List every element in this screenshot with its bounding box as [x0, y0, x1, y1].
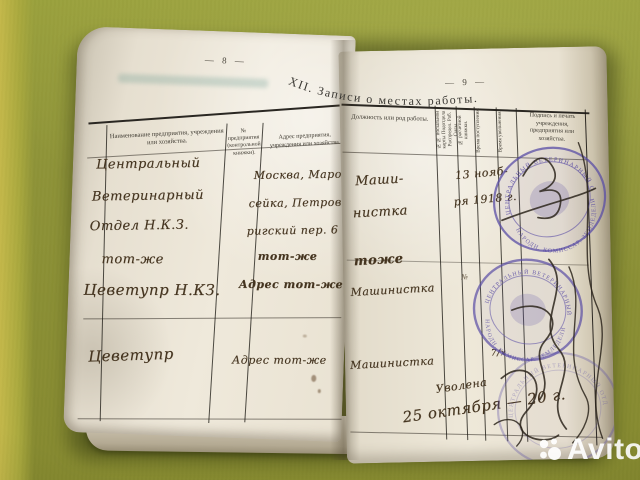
column-header-start-date: Время поступления. [476, 107, 496, 153]
handwritten-entry: Адрес тот-же [232, 354, 327, 367]
official-stamp: ЦЕНТРАЛЬНЫЙ ВЕТЕРИНАРНЫЙ ОТДЕЛ НАРОДН. К… [465, 251, 591, 373]
right-page-number: — 9 — [445, 77, 487, 88]
stamp-ring-text: ЦЕНТРАЛЬНЫЙ ВЕТЕРИНАРНЫЙ ОТДЕЛ [492, 142, 597, 220]
handwritten-entry: Цеветупр Н.КЗ. [83, 281, 220, 299]
avito-watermark: Avito [538, 433, 640, 467]
column-header-signature: Подпись и печать учреждения, предприятия… [520, 112, 585, 144]
handwritten-entry: Центральный [96, 156, 201, 173]
column-header-pay-book: № расчетной книжки. [458, 107, 475, 153]
handwritten-entry: Цеветупр [88, 345, 174, 366]
stamp-ring-text: НАРОДН. КОМИССАР. ЗЕМЛЕДЕЛИЯ [507, 181, 610, 267]
table-bottom-rule [78, 418, 342, 420]
ink-stain [318, 389, 321, 393]
left-page: — 8 — Наименование предприятия, учрежден… [63, 26, 356, 442]
handwritten-entry: Машинистка [350, 354, 435, 372]
handwritten-entry: нистка [352, 203, 408, 221]
column-header-end-date: Время увольнения. [498, 108, 516, 154]
column-header-position: Должность или род работы. [348, 113, 432, 124]
column-header-name: Наименование предприятия, учреждения или… [110, 127, 225, 149]
handwritten-entry: тот-же [101, 252, 163, 267]
handwritten-entry: Отдел Н.К.З. [90, 218, 189, 235]
column-divider [244, 123, 263, 423]
handwritten-entry: тот-же [258, 250, 318, 263]
watermark-text: Avito [567, 433, 640, 467]
avito-logo-icon [538, 437, 562, 463]
handwritten-mark: № [461, 273, 468, 281]
handwritten-entry: Машинистка [350, 281, 435, 299]
column-header-dispatch-card: №№ посыльной карты Подотдела Распредел. … [436, 106, 457, 152]
handwritten-entry: Уволена [435, 376, 488, 396]
ink-stain [311, 375, 316, 382]
handwritten-note: 7/х [491, 348, 507, 358]
photo-scene: — 8 — Наименование предприятия, учрежден… [0, 0, 640, 480]
column-header-number: № предприятия (контрольной книжки). [226, 127, 261, 158]
table-right-border [585, 110, 598, 446]
handwritten-date: ря 1918 г. [453, 190, 517, 209]
bleed-through-text [118, 74, 268, 88]
stamp-ring-text: ЦЕНТРАЛЬНЫЙ ВЕТЕРИНАРНЫЙ ОТДЕЛ [484, 261, 580, 321]
svg-text:НАРОДН. КОМИССАР. ЗЕМЛЕДЕЛИЯ: НАРОДН. КОМИССАР. ЗЕМЛЕДЕЛИЯ [507, 181, 610, 267]
handwritten-entry: ригский пер. 6 [247, 223, 339, 237]
handwritten-date: 13 нояб- [455, 164, 509, 182]
svg-text:ЦЕНТРАЛЬНЫЙ ВЕТЕРИНАРНЫЙ ОТДЕЛ: ЦЕНТРАЛЬНЫЙ ВЕТЕРИНАРНЫЙ ОТДЕЛ [492, 142, 597, 220]
table-top-rule [88, 104, 349, 124]
handwritten-entry: Ветеринарный [92, 188, 204, 205]
svg-text:ЦЕНТРАЛЬНЫЙ ВЕТЕРИНАРНЫЙ ОТДЕЛ: ЦЕНТРАЛЬНЫЙ ВЕТЕРИНАРНЫЙ ОТДЕЛ [484, 261, 580, 321]
ink-stain [303, 334, 307, 337]
handwritten-entry: тоже [353, 252, 403, 270]
left-page-number: — 8 — [205, 55, 247, 67]
row-divider [83, 317, 341, 319]
right-page: — 9 — Должность или род работы. №№ посыл… [338, 46, 615, 464]
handwritten-entry: Маши- [355, 172, 404, 190]
column-divider [208, 124, 227, 424]
handwritten-entry: Адрес тот-же [239, 278, 343, 291]
book-spine-shadow [330, 40, 360, 460]
